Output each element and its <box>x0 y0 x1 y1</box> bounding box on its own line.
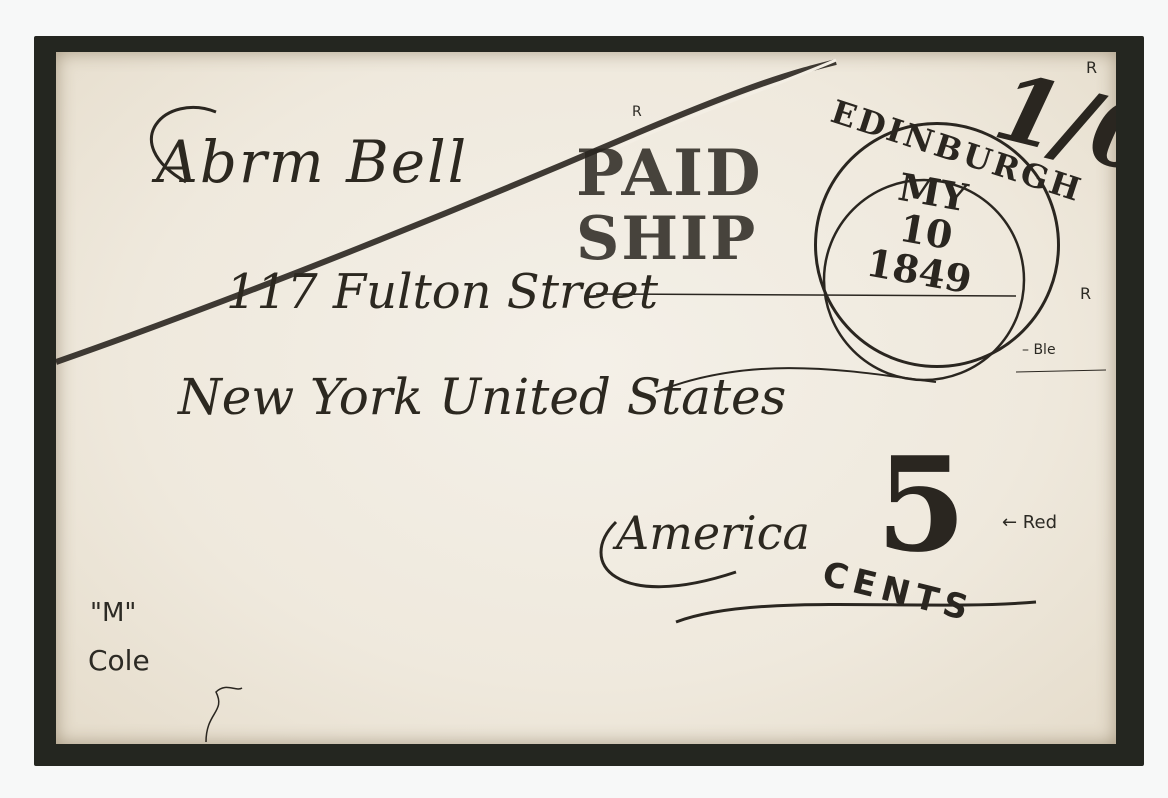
due-numeral: 5 <box>876 440 966 570</box>
annotation-red: ← Red <box>1002 512 1057 533</box>
address-line-city: New York United States <box>178 368 786 426</box>
annotation-r-right: R <box>1080 284 1091 303</box>
annotation-m: "M" <box>90 598 136 628</box>
photo-frame: Abrm Bell 117 Fulton Street New York Uni… <box>34 36 1144 766</box>
paid-ship-handstamp: PAID SHIP <box>576 142 763 272</box>
annotation-cole: Cole <box>88 644 150 677</box>
handstamp-paid: PAID <box>576 142 763 206</box>
annotation-r-top: R <box>1086 58 1097 77</box>
cover-paper: Abrm Bell 117 Fulton Street New York Uni… <box>56 52 1116 744</box>
address-line-country: America <box>616 506 810 560</box>
address-line-name: Abrm Bell <box>156 128 468 196</box>
annotation-r-left: R <box>632 104 642 120</box>
handstamp-ship: SHIP <box>576 206 763 272</box>
annotation-ble: – Ble <box>1022 342 1056 358</box>
